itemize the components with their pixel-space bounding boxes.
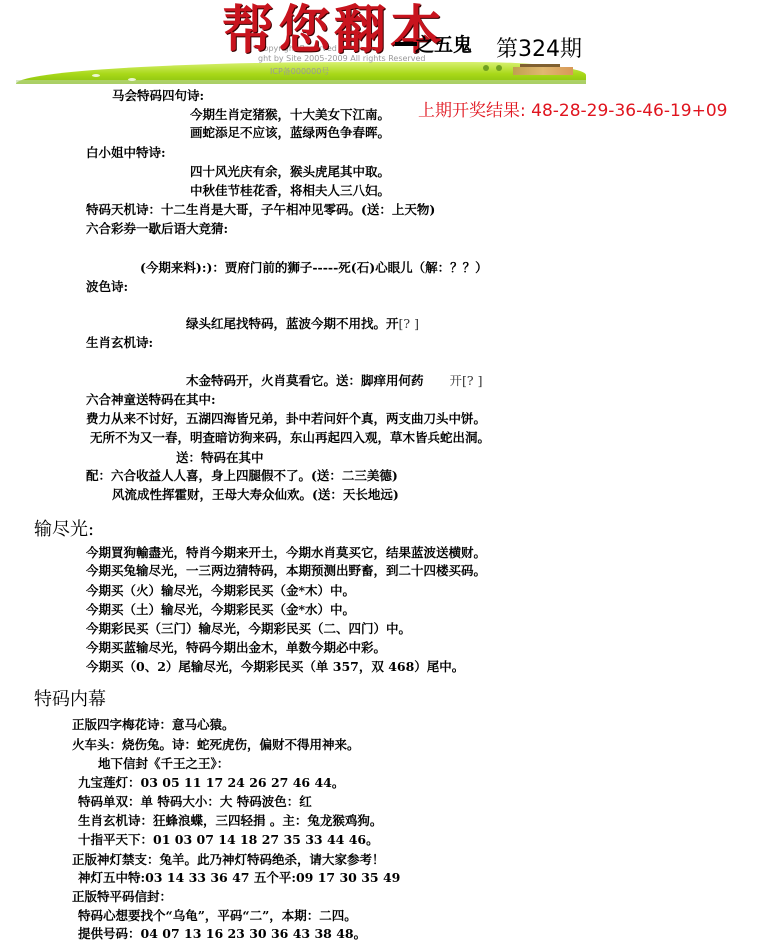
grass-shadow: [16, 80, 586, 84]
zodiac-poem-title: 生肖玄机诗:: [86, 335, 153, 351]
house-icon: [513, 67, 573, 75]
grass-highlight: [92, 74, 100, 77]
odd-even-size-color: 特码单双：单 特码大小：大 特码波色：红: [78, 794, 312, 810]
horse-poem-line: 今期生肖定猪猴，十大美女下江南。: [190, 107, 390, 123]
pair-line: 风流成性挥霍财，王母大寿众仙欢。(送：天长地远): [112, 487, 399, 503]
miss-bai-line: 中秋佳节桂花香，将相夫人三八妇。: [190, 183, 390, 199]
last-result: 上期开奖结果: 48-28-29-36-46-19+09: [418, 96, 727, 121]
god-child-line: 无所不为又一春，明查暗访狗来码，东山再起四入观，草木皆兵蛇出洞。: [90, 430, 490, 446]
header-banner: Copyright Reserved ght by Site 2005-2009…: [0, 0, 775, 88]
wave-open-value: [? ]: [399, 316, 419, 331]
lose-all-line: 今期买（土）输尽光，今期彩民买（金*水）中。: [86, 602, 355, 618]
section-title-lose-all: 输尽光:: [34, 515, 94, 541]
lose-all-line: 今期买蓝输尽光，特码今期出金木，单数今期必中彩。: [86, 640, 386, 656]
pair-line: 配：六合收益人人喜，身上四腿假不了。(送：二三美德): [86, 468, 398, 484]
wave-poem-text: 绿头红尾找特码，蓝波今期不用找。开: [186, 316, 399, 331]
lose-all-line: 今期买（火）输尽光，今期彩民买（金*木）中。: [86, 583, 355, 599]
train-head: 火车头：烧伤兔。诗：蛇死虎伤，偏财不得用神来。: [72, 737, 360, 753]
lose-all-line: 今期买兔输尽光，一三两边猜特码，本期预测出野畜，到二十四楼买码。: [86, 563, 486, 579]
watermark-text: ICP备000000号: [270, 66, 329, 77]
last-result-numbers: 48-28-29-36-46-19+09: [531, 101, 727, 121]
site-title: 帮您翻本: [222, 0, 446, 62]
tree-icon: [496, 65, 502, 71]
lotus-lanterns: 九宝莲灯：03 05 11 17 24 26 27 46 44。: [78, 775, 344, 791]
site-subtitle: 之五鬼: [415, 30, 472, 57]
zodiac-open-value: 开[? ]: [450, 373, 483, 388]
plum-poem: 正版四字梅花诗：意马心猿。: [72, 717, 235, 733]
lose-all-line: 今期買狗輸盡光，特肖今期来开土，今期水肖莫买它，结果蓝波送横财。: [86, 545, 486, 561]
flat-envelope-line: 特码心想要找个“乌龟”，平码“二”，本期：二四。: [78, 908, 357, 924]
wave-poem-line: 绿头红尾找特码，蓝波今期不用找。开[? ]: [186, 316, 419, 332]
lose-all-line: 今期彩民买（三门）输尽光，今期彩民买（二、四门）中。: [86, 621, 411, 637]
god-child-line: 费力从来不讨好，五湖四海皆兄弟，卦中若问奸个真，两支曲刀头中饼。: [86, 411, 486, 427]
section-title-insider: 特码内幕: [34, 685, 106, 711]
tree-icon: [483, 65, 489, 71]
grass-highlight: [128, 78, 136, 81]
riddle-line: (今期来料):)：贾府门前的狮子-----死(石)心眼儿（解：？？）: [140, 260, 488, 276]
god-child-title: 六合神童送特码在其中:: [86, 392, 216, 408]
miss-bai-line: 四十风光庆有余，猴头虎尾其中取。: [190, 164, 390, 180]
send-line: 送：特码在其中: [176, 450, 264, 466]
zodiac-poem-line: 木金特码开，火肖莫看它。送：脚痒用何药开[? ]: [186, 373, 482, 389]
tianji-poem: 特码天机诗：十二生肖是大哥，子午相冲见零码。(送：上天物): [86, 202, 435, 218]
envelope-title: 地下信封《千王之王》：: [98, 756, 229, 772]
issue-number: 第324期: [496, 32, 582, 63]
miss-bai-title: 白小姐中特诗:: [86, 145, 166, 161]
lose-all-line: 今期买（0、2）尾输尽光，今期彩民买（单 357，双 468）尾中。: [86, 659, 464, 675]
title-dash: [395, 42, 417, 46]
horse-poem-title: 马会特码四句诗:: [112, 88, 204, 104]
horse-poem-line: 画蛇添足不应该，蓝绿两色争春晖。: [190, 125, 390, 141]
last-result-label: 上期开奖结果:: [418, 101, 526, 121]
flat-envelope-title: 正版特平码信封：: [72, 889, 172, 905]
zodiac-poem-text: 木金特码开，火肖莫看它。送：脚痒用何药: [186, 373, 424, 388]
lamp-ban: 正版神灯禁支：兔羊。此乃神灯特码绝杀，请大家参考！: [72, 852, 385, 868]
riddle-title: 六合彩券一歇后语大竞猜:: [86, 221, 228, 237]
lamp-five: 神灯五中特:03 14 33 36 47 五个平:09 17 30 35 49: [78, 870, 400, 886]
ten-fingers: 十指平天下：01 03 07 14 18 27 35 33 44 46。: [78, 832, 379, 848]
provided-numbers: 提供号码：04 07 13 16 23 30 36 43 38 48。: [78, 926, 366, 942]
zodiac-mystery: 生肖玄机诗：狂蜂浪蝶，三四轻捐 。主：兔龙猴鸡狗。: [78, 813, 382, 829]
wave-poem-title: 波色诗:: [86, 279, 128, 295]
